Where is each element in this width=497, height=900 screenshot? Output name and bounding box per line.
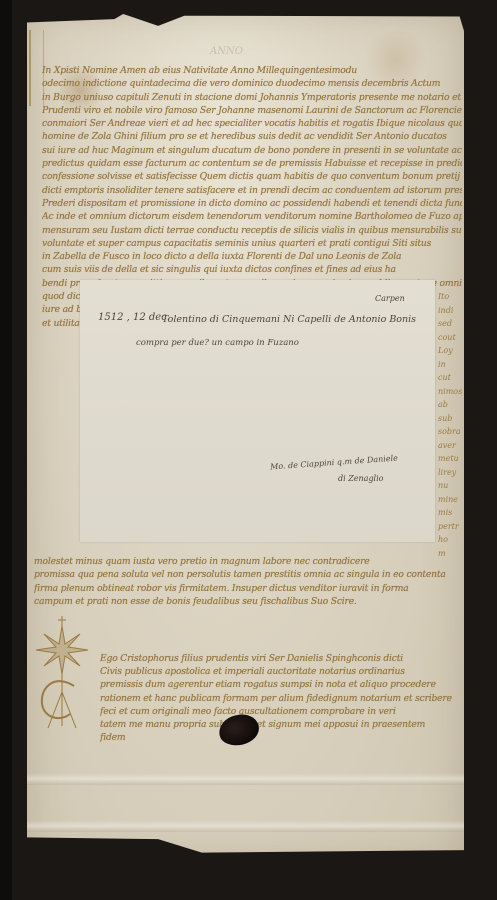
text-line: odecimo indictione quintadecima die vero…	[42, 77, 462, 90]
margin-word: ab	[438, 398, 462, 412]
text-line: confessione solvisse et satisfecisse Que…	[42, 170, 462, 183]
margin-word: in	[438, 358, 462, 372]
text-line: Civis publicus apostolica et imperiali a…	[100, 665, 460, 678]
margin-text-column: Ito indi sed cout Loy in cut nimos ab su…	[438, 290, 462, 560]
note-description: compra per due? un campo in Fuzano	[136, 338, 299, 348]
text-line: mensuram seu Iustam dicti terrae conduct…	[42, 224, 462, 237]
margin-word: sobra	[438, 425, 462, 439]
text-line: in Zabella de Fusco in loco dicto a dell…	[42, 250, 462, 263]
text-line: premissis dum agerentur etiam rogatus su…	[100, 678, 460, 691]
margin-word: nu	[438, 479, 462, 493]
margin-word: sub	[438, 412, 462, 426]
text-line: Prudenti viro et nobile viro famoso Ser …	[42, 104, 462, 117]
note-date: 1512 , 12 dec.	[98, 312, 170, 323]
text-line: conmaiori Ser Andreae vieri et ad hec sp…	[42, 117, 462, 130]
closing-text-block: molestet minus quam iusta vero pretio in…	[34, 555, 462, 608]
margin-word: metu	[438, 452, 462, 466]
text-line: sui iure ad huc Maginum et singulum duca…	[42, 144, 462, 157]
text-line: firma plenum obtineat robor vis firmitat…	[34, 582, 462, 595]
margin-word: indi	[438, 304, 462, 318]
margin-word: ho	[438, 533, 462, 547]
text-line: campum et prati non esse de bonis feudal…	[34, 595, 462, 608]
margin-word: cout	[438, 331, 462, 345]
text-line: tatem me manu propria subscripsi et sign…	[100, 718, 460, 731]
margin-word: mis	[438, 506, 462, 520]
parchment-fold	[27, 773, 464, 785]
note-signature: Mo. de Ciappini q.m de Daniele	[270, 454, 398, 472]
text-line: promissa qua pena soluta vel non persolu…	[34, 568, 462, 581]
margin-word: lirey	[438, 466, 462, 480]
margin-word: nimos	[438, 385, 462, 399]
margin-word: Ito	[438, 290, 462, 304]
mat-border	[0, 0, 12, 900]
text-line: rationem et hanc publicam formam per ali…	[100, 692, 460, 705]
note-title: Tolentino di Cinquemani Ni Capelli de An…	[162, 314, 416, 325]
text-line: in Burgo uniuso capituli Zenuti in staci…	[42, 91, 462, 104]
text-line: Ego Cristophorus filius prudentis viri S…	[100, 652, 460, 665]
margin-word: cut	[438, 371, 462, 385]
note-corner-word: Carpen	[375, 294, 405, 303]
document-scan: ANNO In Xpisti Nomine Amen ab eius Nativ…	[0, 0, 497, 900]
text-line: feci et cum originali meo facto ausculta…	[100, 705, 460, 718]
text-line: fidem	[100, 731, 460, 744]
text-line: homine de Zola Ghini filium pro se et he…	[42, 130, 462, 143]
text-line: Ac inde et omnium dictorum eisdem tenend…	[42, 210, 462, 223]
faint-heading: ANNO	[210, 46, 243, 57]
text-line: dicti emptoris insoliditer tenere satisf…	[42, 184, 462, 197]
text-line: cum suis viis de della et sic singulis q…	[42, 263, 462, 276]
text-line: voluntate et super campus capacitatis se…	[42, 237, 462, 250]
archival-note-slip: 1512 , 12 dec. Tolentino di Cinquemani N…	[80, 280, 435, 542]
text-line: In Xpisti Nomine Amen ab eius Nativitate…	[42, 64, 462, 77]
notary-signum-icon	[26, 614, 98, 730]
margin-word: Loy	[438, 344, 462, 358]
margin-word: mine	[438, 493, 462, 507]
text-line: predictus quidam esse facturum ac conten…	[42, 157, 462, 170]
margin-word: pertr	[438, 520, 462, 534]
notary-subscription-block: Ego Cristophorus filius prudentis viri S…	[100, 652, 460, 744]
parchment-fold	[27, 820, 464, 832]
text-line: molestet minus quam iusta vero pretio in…	[34, 555, 462, 568]
text-line: Prederi dispositam et promissione in dic…	[42, 197, 462, 210]
note-signature-2: di Zenaglio	[338, 474, 384, 483]
margin-word: sed	[438, 317, 462, 331]
margin-word: aver	[438, 439, 462, 453]
